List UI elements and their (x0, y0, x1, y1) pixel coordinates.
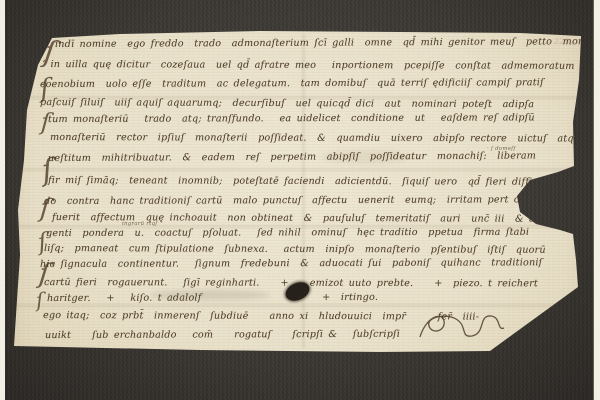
crease-line (10, 168, 590, 171)
manuscript-line: monaſteriū rector ipſiuſ monaſterii poſſ… (50, 132, 577, 144)
manuscript-line: do contra hanc traditioniſ cartū malo pu… (44, 194, 552, 207)
manuscript-line: ego itaq; coz prbt̄ inmerenſ ſubdiuē ann… (43, 310, 479, 323)
parchment: 50 223 ſ ſ ſ ſ ſ ſ ſ ſ indī nomine ego f… (0, 0, 600, 400)
manuscript-line: uuikt ſub erchanbaldo com̄ rogatuſ ſcrip… (45, 329, 400, 341)
manuscript-line: indī nomine ego freddo trado admonaſteri… (55, 36, 600, 50)
manuscript-line: liſq; pmaneat cum ſtipulatione ſubnexa. … (44, 243, 546, 256)
manuscript-line: haritger. + kiſo. t adalolf + irtingo. (47, 292, 378, 304)
interlinear-addition: · ſ domeſſ (487, 146, 516, 152)
manuscript-line: fir miſ ſimāq; teneant inomnib; poteſtat… (48, 175, 532, 188)
interlinear-addition: ingrarū rtqſ (122, 221, 157, 227)
manuscript-line: ueſtitum mihitribuatur. & eadem reſ perp… (48, 150, 536, 164)
charter-photograph: 50 223 ſ ſ ſ ſ ſ ſ ſ ſ indī nomine ego f… (0, 0, 600, 400)
margin-pen-mark: ſ (35, 290, 44, 310)
photo-paper-border-left (0, 0, 5, 400)
scribe-flourish (416, 305, 506, 345)
manuscript-line: ʼ in uilla quę dicitur cozeſaua uel qd̄ … (42, 59, 575, 72)
manuscript-line: paſcuiſ ſiluiſ uiiſ aquiſ aquarumq; decu… (40, 97, 534, 110)
archive-number-pencil: 50 (20, 42, 30, 51)
photo-paper-border-right (594, 0, 600, 400)
manuscript-line: hic ſignacula continentur. ſignum fredeb… (40, 257, 542, 270)
manuscript-line: tum monaſteriū trado atq; tranſfundo. ea… (48, 112, 535, 125)
manuscript-line: coenobium uolo eſſe traditum ac delegatu… (40, 77, 544, 90)
manuscript-line: genti pondera u. coactuſ pſoluat. ſed ni… (46, 227, 529, 239)
